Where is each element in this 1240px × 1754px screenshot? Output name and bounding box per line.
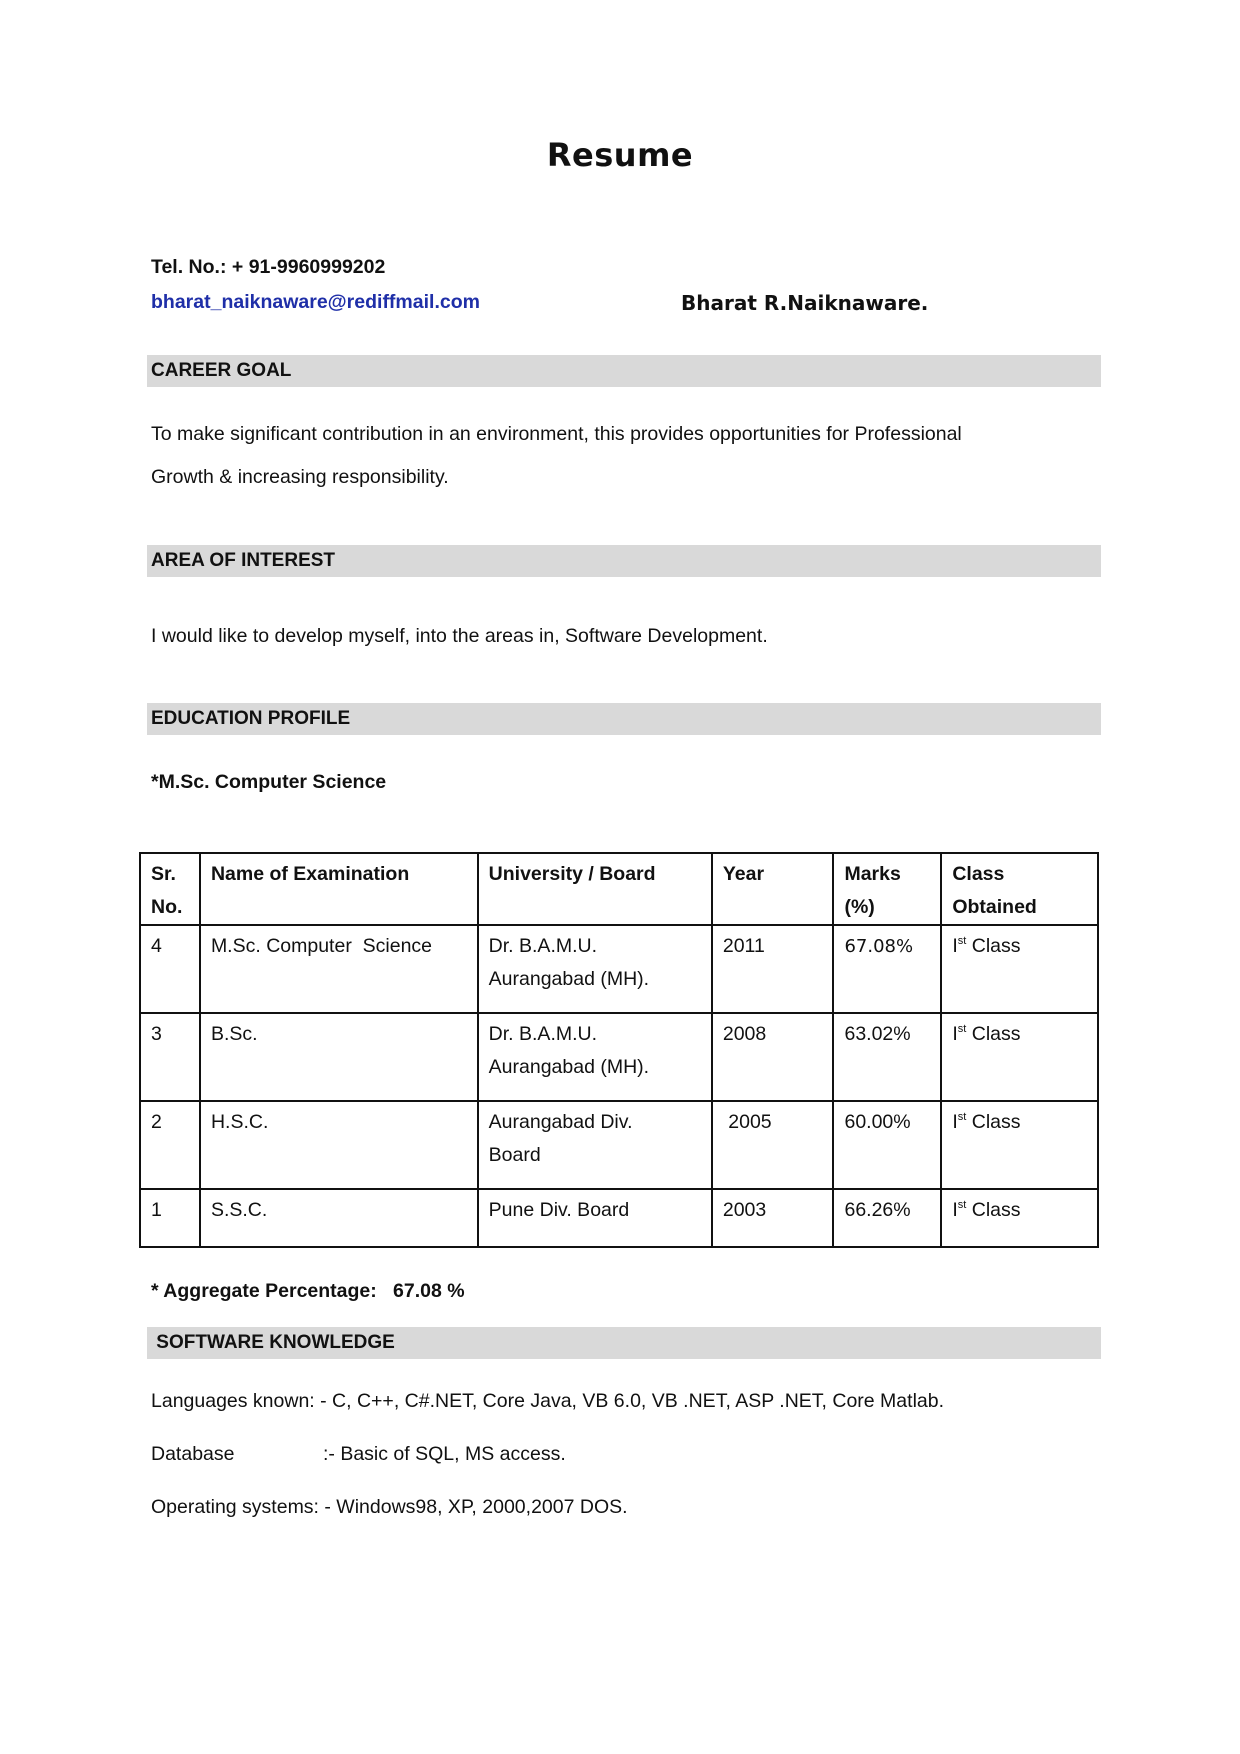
career-goal-line-1: To make significant contribution in an e…	[151, 423, 962, 446]
candidate-name: Bharat R.Naiknaware.	[681, 291, 928, 315]
table-row: 3 B.Sc. Dr. B.A.M.U.Aurangabad (MH). 200…	[140, 1013, 1098, 1101]
table-row: 4 M.Sc. Computer Science Dr. B.A.M.U.Aur…	[140, 925, 1098, 1013]
cell-marks: 66.26%	[833, 1189, 941, 1247]
section-heading: EDUCATION PROFILE	[151, 708, 350, 730]
section-header-career-goal: CAREER GOAL	[147, 355, 1101, 387]
database-label: Database	[151, 1443, 234, 1466]
cell-sr: 4	[140, 925, 200, 1013]
operating-systems: Operating systems: - Windows98, XP, 2000…	[151, 1496, 628, 1519]
table-header-row: Sr.No. Name of Examination University / …	[140, 853, 1098, 925]
database-value: :- Basic of SQL, MS access.	[323, 1443, 566, 1466]
education-table: Sr.No. Name of Examination University / …	[139, 852, 1099, 1248]
section-heading: CAREER GOAL	[151, 360, 291, 382]
column-header-sr-no: Sr.No.	[140, 853, 200, 925]
cell-exam: B.Sc.	[200, 1013, 478, 1101]
cell-year: 2008	[712, 1013, 834, 1101]
column-header-board: University / Board	[478, 853, 712, 925]
area-of-interest-text: I would like to develop myself, into the…	[151, 625, 768, 648]
column-header-marks: Marks(%)	[833, 853, 941, 925]
section-heading: SOFTWARE KNOWLEDGE	[151, 1332, 395, 1354]
cell-year: 2011	[712, 925, 834, 1013]
cell-marks: 63.02%	[833, 1013, 941, 1101]
cell-board: Dr. B.A.M.U.Aurangabad (MH).	[478, 925, 712, 1013]
cell-exam: M.Sc. Computer Science	[200, 925, 478, 1013]
column-header-class: ClassObtained	[941, 853, 1098, 925]
cell-marks: 60.00%	[833, 1101, 941, 1189]
section-header-area-of-interest: AREA OF INTEREST	[147, 545, 1101, 577]
cell-board: Aurangabad Div.Board	[478, 1101, 712, 1189]
career-goal-line-2: Growth & increasing responsibility.	[151, 466, 449, 489]
cell-exam: S.S.C.	[200, 1189, 478, 1247]
languages-known: Languages known: - C, C++, C#.NET, Core …	[151, 1390, 944, 1413]
cell-board: Dr. B.A.M.U.Aurangabad (MH).	[478, 1013, 712, 1101]
degree-title: *M.Sc. Computer Science	[151, 771, 386, 794]
cell-marks: 67.08%	[833, 925, 941, 1013]
cell-board: Pune Div. Board	[478, 1189, 712, 1247]
cell-class: Ist Class	[941, 1013, 1098, 1101]
email-link[interactable]: bharat_naiknaware@rediffmail.com	[151, 291, 480, 314]
table-row: 1 S.S.C. Pune Div. Board 2003 66.26% Ist…	[140, 1189, 1098, 1247]
cell-sr: 2	[140, 1101, 200, 1189]
cell-year: 2005	[712, 1101, 834, 1189]
page-title: Resume	[0, 136, 1240, 174]
section-header-software: SOFTWARE KNOWLEDGE	[147, 1327, 1101, 1359]
section-heading: AREA OF INTEREST	[151, 550, 335, 572]
cell-year: 2003	[712, 1189, 834, 1247]
section-header-education: EDUCATION PROFILE	[147, 703, 1101, 735]
cell-exam: H.S.C.	[200, 1101, 478, 1189]
cell-class: Ist Class	[941, 1101, 1098, 1189]
cell-sr: 1	[140, 1189, 200, 1247]
table-row: 2 H.S.C. Aurangabad Div.Board 2005 60.00…	[140, 1101, 1098, 1189]
aggregate-percentage: * Aggregate Percentage: 67.08 %	[151, 1280, 465, 1303]
cell-class: Ist Class	[941, 1189, 1098, 1247]
column-header-year: Year	[712, 853, 834, 925]
cell-class: Ist Class	[941, 925, 1098, 1013]
cell-sr: 3	[140, 1013, 200, 1101]
column-header-exam: Name of Examination	[200, 853, 478, 925]
telephone: Tel. No.: + 91-9960999202	[151, 256, 385, 279]
